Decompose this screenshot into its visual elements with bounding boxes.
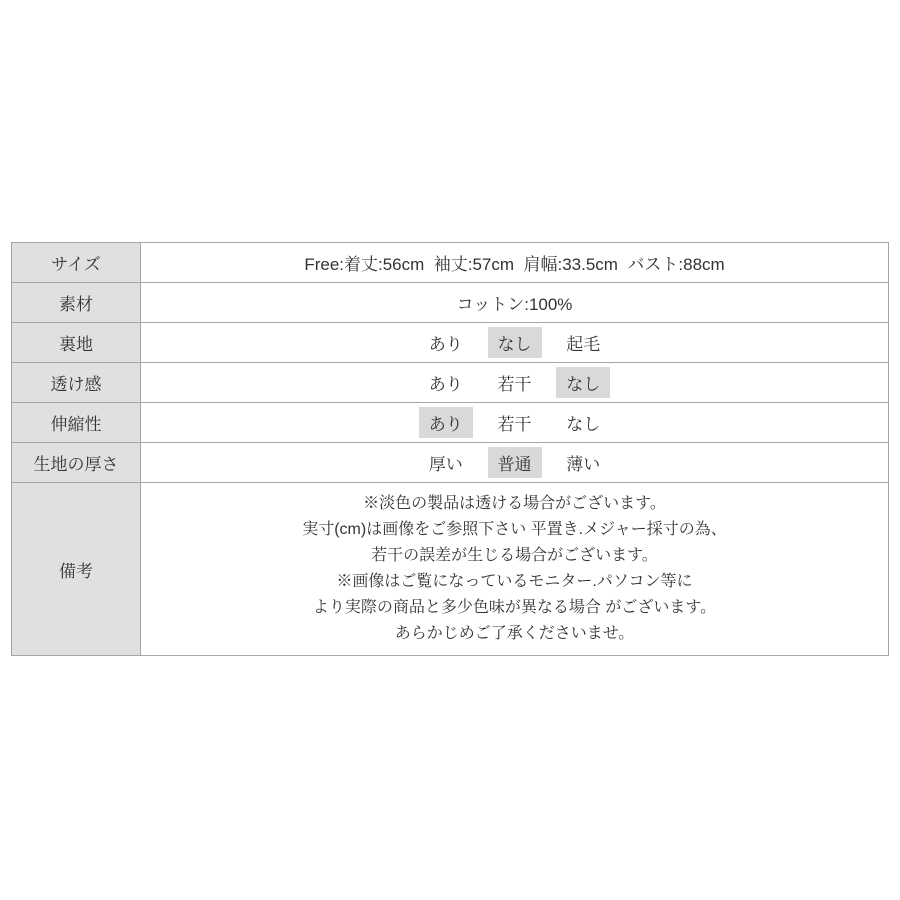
row-header-sheerness: 透け感: [12, 363, 141, 403]
row-header-stretch: 伸縮性: [12, 403, 141, 443]
stretch-option-jakkan: 若干: [488, 407, 542, 438]
sheerness-options: あり 若干 なし: [141, 363, 889, 403]
stretch-option-nashi: なし: [556, 407, 610, 438]
lining-option-ari: あり: [419, 327, 473, 358]
spec-row-size: サイズ Free:着丈:56cm 袖丈:57cm 肩幅:33.5cm バスト:8…: [12, 243, 889, 283]
note-line: あらかじめご了承くださいませ。: [141, 621, 888, 647]
spec-row-stretch: 伸縮性 あり 若干 なし: [12, 403, 889, 443]
note-line: ※画像はご覧になっているモニター.パソコン等に: [141, 569, 888, 595]
thickness-option-atsui: 厚い: [419, 447, 473, 478]
sheerness-option-jakkan: 若干: [488, 367, 542, 398]
spec-row-lining: 裏地 あり なし 起毛: [12, 323, 889, 363]
material-value: コットン:100%: [141, 283, 889, 323]
thickness-option-futsuu: 普通: [488, 447, 542, 478]
stretch-option-ari: あり: [419, 407, 473, 438]
stretch-options: あり 若干 なし: [141, 403, 889, 443]
thickness-options: 厚い 普通 薄い: [141, 443, 889, 483]
notes-content: ※淡色の製品は透ける場合がございます。 実寸(cm)は画像をご参照下さい 平置き…: [141, 483, 889, 656]
spec-row-thickness: 生地の厚さ 厚い 普通 薄い: [12, 443, 889, 483]
sheerness-option-ari: あり: [419, 367, 473, 398]
size-value: Free:着丈:56cm 袖丈:57cm 肩幅:33.5cm バスト:88cm: [141, 243, 889, 283]
spec-row-material: 素材 コットン:100%: [12, 283, 889, 323]
note-line: 実寸(cm)は画像をご参照下さい 平置き.メジャー採寸の為、: [141, 517, 888, 543]
spec-row-notes: 備考 ※淡色の製品は透ける場合がございます。 実寸(cm)は画像をご参照下さい …: [12, 483, 889, 656]
spec-row-sheerness: 透け感 あり 若干 なし: [12, 363, 889, 403]
row-header-lining: 裏地: [12, 323, 141, 363]
note-line: ※淡色の製品は透ける場合がございます。: [141, 491, 888, 517]
sheerness-option-nashi: なし: [556, 367, 610, 398]
lining-option-nashi: なし: [488, 327, 542, 358]
row-header-notes: 備考: [12, 483, 141, 656]
lining-option-kimo: 起毛: [556, 327, 610, 358]
note-line: 若干の誤差が生じる場合がございます。: [141, 543, 888, 569]
lining-options: あり なし 起毛: [141, 323, 889, 363]
thickness-option-usui: 薄い: [556, 447, 610, 478]
row-header-size: サイズ: [12, 243, 141, 283]
note-line: より実際の商品と多少色味が異なる場合 がございます。: [141, 595, 888, 621]
row-header-material: 素材: [12, 283, 141, 323]
product-spec-table: サイズ Free:着丈:56cm 袖丈:57cm 肩幅:33.5cm バスト:8…: [11, 242, 889, 656]
row-header-thickness: 生地の厚さ: [12, 443, 141, 483]
